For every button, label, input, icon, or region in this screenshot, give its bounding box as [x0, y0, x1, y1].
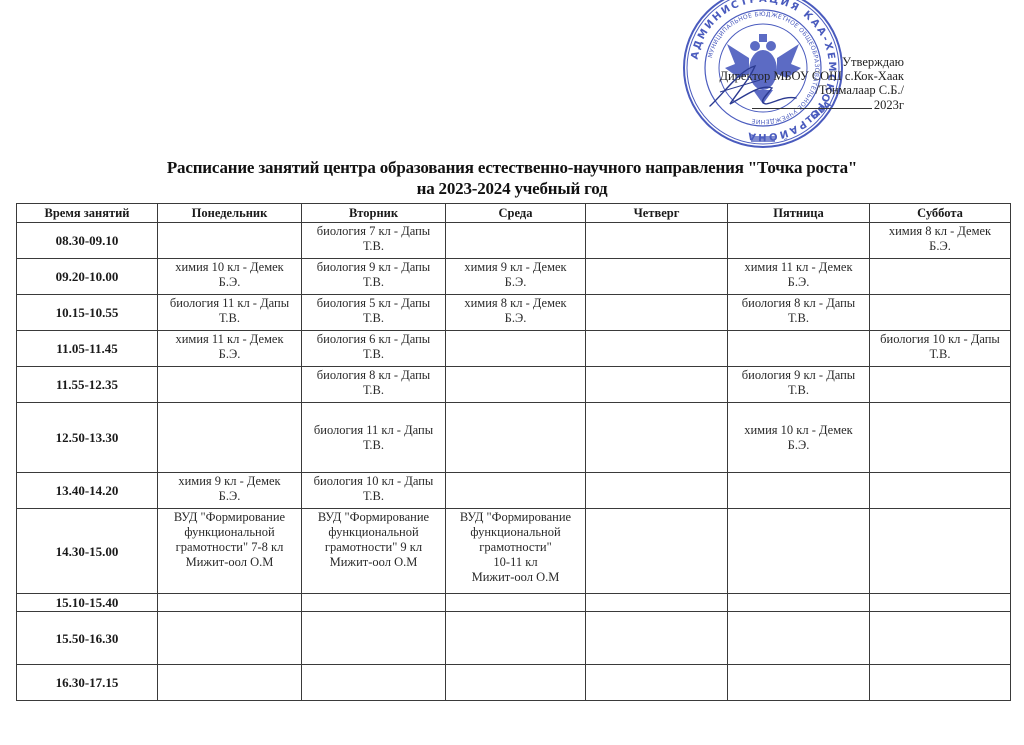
- lesson-cell-thursday: [586, 259, 728, 295]
- lesson-text: биология 8 кл - Дапы Т.В.: [742, 296, 855, 325]
- lesson-cell-thursday: [586, 594, 728, 612]
- time-slot: 13.40-14.20: [17, 473, 158, 509]
- lesson-text: химия 11 кл - Демек Б.Э.: [175, 332, 283, 361]
- document-page: АДМИНИСТРАЦИЯ КАА-ХЕМСКОГО РАЙОНА МУНИЦИ…: [0, 0, 1024, 745]
- table-row: 15.50-16.30: [17, 612, 1011, 665]
- lesson-cell-friday: [728, 594, 870, 612]
- lesson-cell-monday: химия 11 кл - Демек Б.Э.: [158, 331, 302, 367]
- table-row: 13.40-14.20химия 9 кл - Демек Б.Э.биолог…: [17, 473, 1011, 509]
- lesson-cell-monday: [158, 594, 302, 612]
- lesson-cell-monday: [158, 403, 302, 473]
- table-row: 09.20-10.00химия 10 кл - Демек Б.Э.биоло…: [17, 259, 1011, 295]
- lesson-cell-thursday: [586, 295, 728, 331]
- title-line-2: на 2023-2024 учебный год: [0, 178, 1024, 199]
- time-slot: 11.05-11.45: [17, 331, 158, 367]
- lesson-cell-saturday: [870, 259, 1011, 295]
- lesson-text: биология 10 кл - Дапы Т.В.: [314, 474, 434, 503]
- lesson-cell-monday: [158, 223, 302, 259]
- time-slot: 14.30-15.00: [17, 509, 158, 594]
- lesson-cell-thursday: [586, 367, 728, 403]
- table-row: 14.30-15.00ВУД "Формирование функциональ…: [17, 509, 1011, 594]
- lesson-cell-thursday: [586, 509, 728, 594]
- lesson-cell-monday: ВУД "Формирование функциональной грамотн…: [158, 509, 302, 594]
- lesson-text: биология 10 кл - Дапы Т.В.: [880, 332, 1000, 361]
- schedule-table: Время занятий Понедельник Вторник Среда …: [16, 203, 1011, 701]
- lesson-cell-monday: биология 11 кл - Дапы Т.В.: [158, 295, 302, 331]
- lesson-cell-tuesday: биология 6 кл - Дапы Т.В.: [302, 331, 446, 367]
- table-row: 11.55-12.35биология 8 кл - Дапы Т.В.биол…: [17, 367, 1011, 403]
- time-slot: 11.55-12.35: [17, 367, 158, 403]
- lesson-cell-tuesday: ВУД "Формирование функциональной грамотн…: [302, 509, 446, 594]
- lesson-text: химия 9 кл - Демек Б.Э.: [178, 474, 280, 503]
- lesson-cell-friday: [728, 509, 870, 594]
- header-tuesday: Вторник: [302, 204, 446, 223]
- time-slot: 15.10-15.40: [17, 594, 158, 612]
- time-slot: 15.50-16.30: [17, 612, 158, 665]
- lesson-cell-thursday: [586, 331, 728, 367]
- header-time: Время занятий: [17, 204, 158, 223]
- lesson-text: биология 8 кл - Дапы Т.В.: [317, 368, 430, 397]
- table-row: 16.30-17.15: [17, 665, 1011, 701]
- lesson-text: химия 9 кл - Демек Б.Э.: [464, 260, 566, 289]
- lesson-cell-monday: [158, 612, 302, 665]
- lesson-cell-thursday: [586, 612, 728, 665]
- lesson-cell-monday: химия 9 кл - Демек Б.Э.: [158, 473, 302, 509]
- lesson-cell-friday: [728, 223, 870, 259]
- header-friday: Пятница: [728, 204, 870, 223]
- lesson-cell-tuesday: биология 11 кл - Дапы Т.В.: [302, 403, 446, 473]
- lesson-cell-wednesday: [446, 331, 586, 367]
- lesson-cell-friday: [728, 612, 870, 665]
- table-row: 15.10-15.40: [17, 594, 1011, 612]
- lesson-cell-wednesday: [446, 403, 586, 473]
- lesson-cell-monday: химия 10 кл - Демек Б.Э.: [158, 259, 302, 295]
- lesson-text: химия 8 кл - Демек Б.Э.: [464, 296, 566, 325]
- header-monday: Понедельник: [158, 204, 302, 223]
- time-slot: 09.20-10.00: [17, 259, 158, 295]
- lesson-text: химия 8 кл - Демек Б.Э.: [889, 224, 991, 253]
- lesson-text: химия 11 кл - Демек Б.Э.: [744, 260, 852, 289]
- lesson-cell-monday: [158, 367, 302, 403]
- table-header-row: Время занятий Понедельник Вторник Среда …: [17, 204, 1011, 223]
- time-slot: 12.50-13.30: [17, 403, 158, 473]
- lesson-text: ВУД "Формирование функциональной грамотн…: [460, 510, 571, 584]
- lesson-cell-saturday: биология 10 кл - Дапы Т.В.: [870, 331, 1011, 367]
- lesson-cell-friday: биология 8 кл - Дапы Т.В.: [728, 295, 870, 331]
- lesson-text: биология 9 кл - Дапы Т.В.: [317, 260, 430, 289]
- lesson-cell-friday: [728, 331, 870, 367]
- lesson-cell-saturday: [870, 403, 1011, 473]
- lesson-cell-wednesday: [446, 223, 586, 259]
- lesson-cell-friday: [728, 665, 870, 701]
- lesson-cell-wednesday: ВУД "Формирование функциональной грамотн…: [446, 509, 586, 594]
- lesson-text: химия 10 кл - Демек Б.Э.: [744, 423, 853, 452]
- lesson-cell-tuesday: [302, 612, 446, 665]
- lesson-cell-friday: химия 11 кл - Демек Б.Э.: [728, 259, 870, 295]
- lesson-cell-thursday: [586, 665, 728, 701]
- table-row: 11.05-11.45химия 11 кл - Демек Б.Э.биоло…: [17, 331, 1011, 367]
- approval-year: 2023г: [874, 98, 904, 112]
- lesson-text: биология 7 кл - Дапы Т.В.: [317, 224, 430, 253]
- lesson-cell-wednesday: химия 9 кл - Демек Б.Э.: [446, 259, 586, 295]
- lesson-cell-wednesday: [446, 367, 586, 403]
- lesson-cell-saturday: [870, 594, 1011, 612]
- header-saturday: Суббота: [870, 204, 1011, 223]
- lesson-text: биология 5 кл - Дапы Т.В.: [317, 296, 430, 325]
- lesson-text: химия 10 кл - Демек Б.Э.: [175, 260, 284, 289]
- header-wednesday: Среда: [446, 204, 586, 223]
- lesson-cell-tuesday: биология 8 кл - Дапы Т.В.: [302, 367, 446, 403]
- lesson-text: биология 9 кл - Дапы Т.В.: [742, 368, 855, 397]
- lesson-cell-tuesday: биология 7 кл - Дапы Т.В.: [302, 223, 446, 259]
- lesson-cell-saturday: [870, 612, 1011, 665]
- time-slot: 16.30-17.15: [17, 665, 158, 701]
- time-slot: 08.30-09.10: [17, 223, 158, 259]
- time-slot: 10.15-10.55: [17, 295, 158, 331]
- table-row: 12.50-13.30биология 11 кл - Дапы Т.В.хим…: [17, 403, 1011, 473]
- lesson-cell-saturday: [870, 509, 1011, 594]
- lesson-cell-thursday: [586, 473, 728, 509]
- lesson-text: ВУД "Формирование функциональной грамотн…: [318, 510, 429, 569]
- lesson-cell-friday: [728, 473, 870, 509]
- lesson-cell-wednesday: [446, 594, 586, 612]
- lesson-cell-wednesday: [446, 473, 586, 509]
- lesson-cell-saturday: [870, 295, 1011, 331]
- lesson-text: биология 11 кл - Дапы Т.В.: [314, 423, 433, 452]
- table-row: 10.15-10.55биология 11 кл - Дапы Т.В.био…: [17, 295, 1011, 331]
- lesson-text: биология 11 кл - Дапы Т.В.: [170, 296, 289, 325]
- lesson-cell-monday: [158, 665, 302, 701]
- lesson-cell-friday: биология 9 кл - Дапы Т.В.: [728, 367, 870, 403]
- lesson-cell-tuesday: [302, 594, 446, 612]
- lesson-cell-wednesday: [446, 612, 586, 665]
- lesson-cell-wednesday: химия 8 кл - Демек Б.Э.: [446, 295, 586, 331]
- page-title: Расписание занятий центра образования ес…: [0, 157, 1024, 199]
- lesson-cell-saturday: [870, 473, 1011, 509]
- lesson-cell-saturday: химия 8 кл - Демек Б.Э.: [870, 223, 1011, 259]
- lesson-cell-tuesday: биология 10 кл - Дапы Т.В.: [302, 473, 446, 509]
- lesson-cell-tuesday: [302, 665, 446, 701]
- table-row: 08.30-09.10биология 7 кл - Дапы Т.В.хими…: [17, 223, 1011, 259]
- lesson-cell-thursday: [586, 403, 728, 473]
- signature-icon: [700, 62, 810, 112]
- lesson-cell-thursday: [586, 223, 728, 259]
- lesson-cell-saturday: [870, 367, 1011, 403]
- title-line-1: Расписание занятий центра образования ес…: [0, 157, 1024, 178]
- lesson-text: ВУД "Формирование функциональной грамотн…: [174, 510, 285, 569]
- lesson-cell-wednesday: [446, 665, 586, 701]
- lesson-cell-tuesday: биология 9 кл - Дапы Т.В.: [302, 259, 446, 295]
- lesson-cell-tuesday: биология 5 кл - Дапы Т.В.: [302, 295, 446, 331]
- lesson-cell-friday: химия 10 кл - Демек Б.Э.: [728, 403, 870, 473]
- lesson-cell-saturday: [870, 665, 1011, 701]
- header-thursday: Четверг: [586, 204, 728, 223]
- lesson-text: биология 6 кл - Дапы Т.В.: [317, 332, 430, 361]
